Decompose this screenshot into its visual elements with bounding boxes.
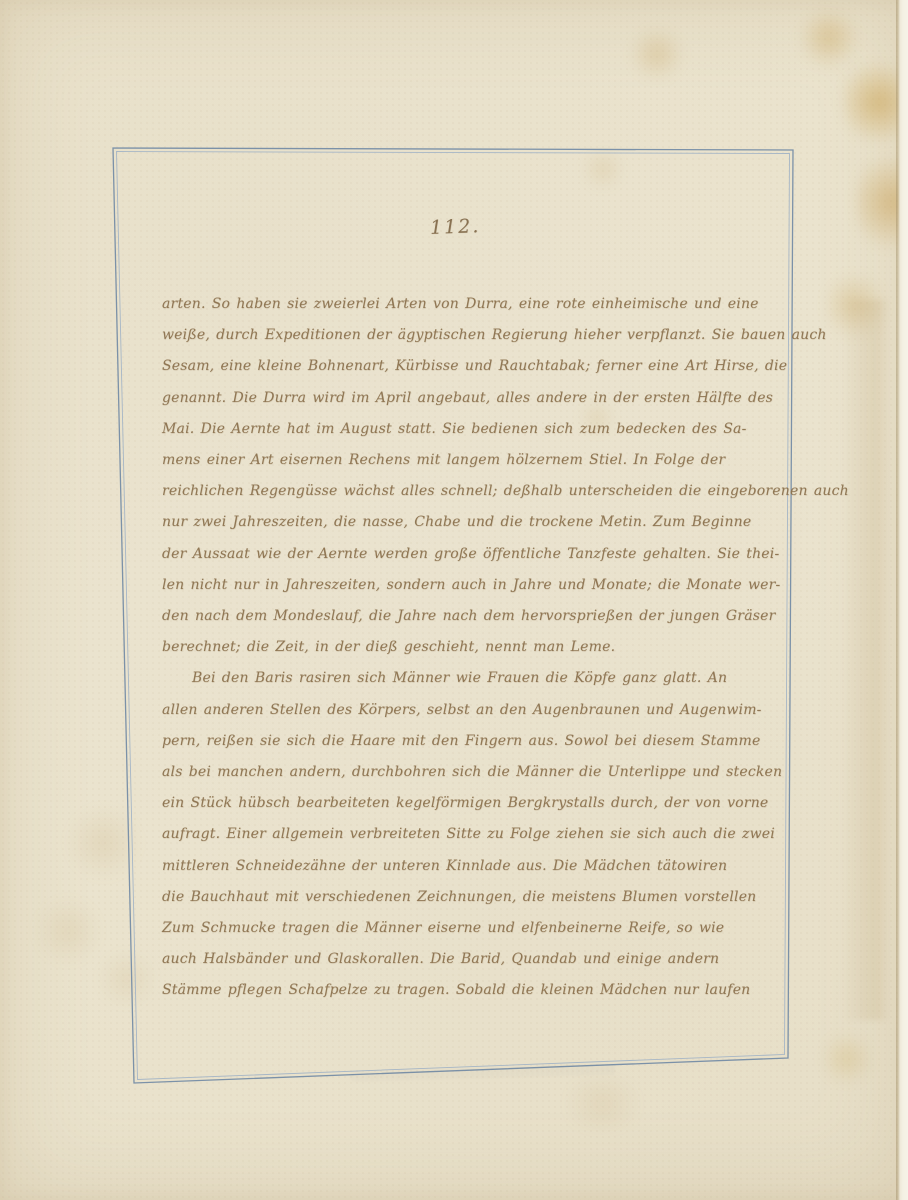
manuscript-line: pern, reißen sie sich die Haare mit den … xyxy=(162,726,792,757)
manuscript-line: genannt. Die Durra wird im April angebau… xyxy=(162,383,792,414)
manuscript-line: Stämme pflegen Schafpelze zu tragen. Sob… xyxy=(162,975,792,1006)
manuscript-line: len nicht nur in Jahreszeiten, sondern a… xyxy=(162,570,792,601)
manuscript-line: auch Halsbänder und Glaskorallen. Die Ba… xyxy=(162,944,792,975)
manuscript-line: die Bauchhaut mit verschiedenen Zeichnun… xyxy=(162,882,792,913)
manuscript-line: arten. So haben sie zweierlei Arten von … xyxy=(162,289,792,320)
page-right-edge xyxy=(896,0,908,1200)
manuscript-line: als bei manchen andern, durchbohren sich… xyxy=(162,757,792,788)
manuscript-line: allen anderen Stellen des Körpers, selbs… xyxy=(162,695,792,726)
manuscript-line: aufragt. Einer allgemein verbreiteten Si… xyxy=(162,819,792,850)
manuscript-line: der Aussaat wie der Aernte werden große … xyxy=(162,539,792,570)
manuscript-line: mens einer Art eisernen Rechens mit lang… xyxy=(162,445,792,476)
manuscript-line: Bei den Baris rasiren sich Männer wie Fr… xyxy=(162,663,792,694)
manuscript-line: berechnet; die Zeit, in der dieß geschie… xyxy=(162,632,792,663)
manuscript-line: reichlichen Regengüsse wächst alles schn… xyxy=(162,476,792,507)
manuscript-page: 112. arten. So haben sie zweierlei Arten… xyxy=(0,0,908,1200)
page-number: 112. xyxy=(430,215,481,239)
manuscript-line: mittleren Schneidezähne der unteren Kinn… xyxy=(162,851,792,882)
manuscript-line: nur zwei Jahreszeiten, die nasse, Chabe … xyxy=(162,507,792,538)
manuscript-line: Mai. Die Aernte hat im August statt. Sie… xyxy=(162,414,792,445)
manuscript-line: weiße, durch Expeditionen der ägyptische… xyxy=(162,320,792,351)
manuscript-line: ein Stück hübsch bearbeiteten kegelförmi… xyxy=(162,788,792,819)
manuscript-text: arten. So haben sie zweierlei Arten von … xyxy=(162,289,792,1007)
manuscript-line: Zum Schmucke tragen die Männer eiserne u… xyxy=(162,913,792,944)
manuscript-line: den nach dem Mondeslauf, die Jahre nach … xyxy=(162,601,792,632)
manuscript-line: Sesam, eine kleine Bohnenart, Kürbisse u… xyxy=(162,351,792,382)
